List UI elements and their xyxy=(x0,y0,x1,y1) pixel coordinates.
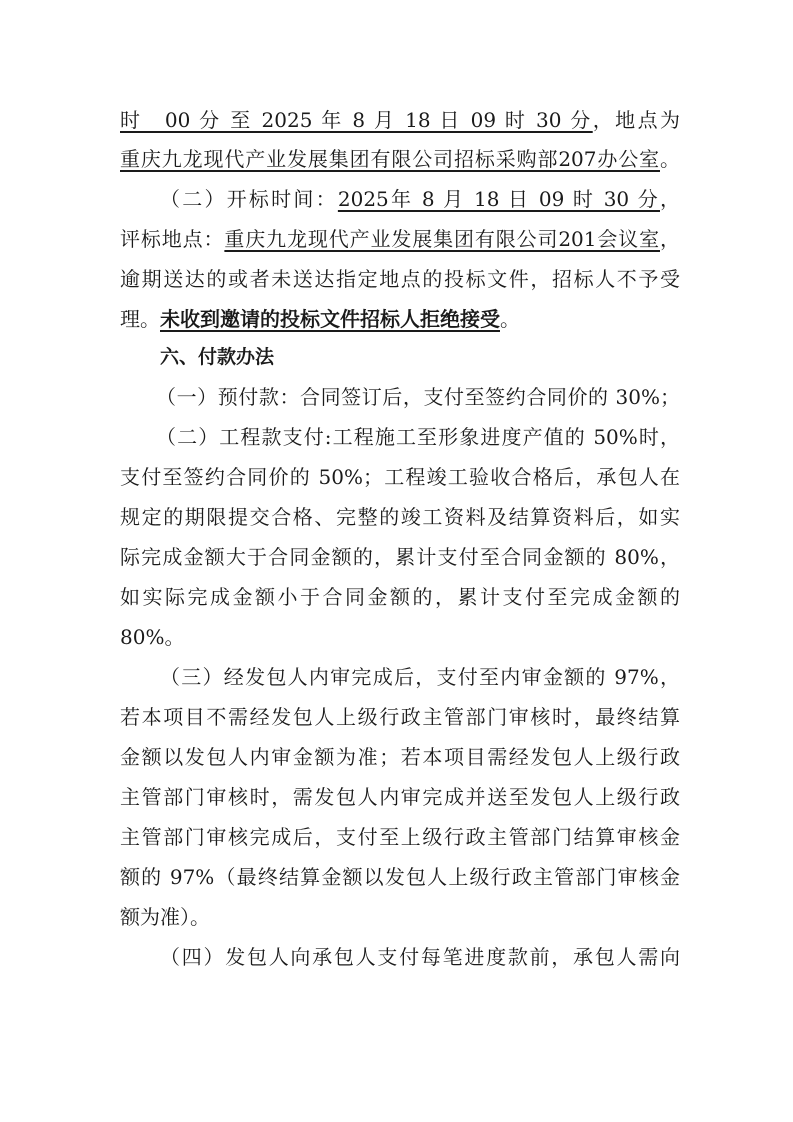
text-line: 80%。 xyxy=(120,622,680,652)
text-line: （四）发包人向承包人支付每笔进度款前，承包人需向 xyxy=(160,942,680,972)
text-line: 额为准）。 xyxy=(120,902,680,932)
text-line: 主管部门审核完成后，支付至上级行政主管部门结算审核金 xyxy=(120,822,680,852)
text-line: 重庆九龙现代产业发展集团有限公司招标采购部207办公室。 xyxy=(120,144,680,174)
text-line: （三）经发包人内审完成后，支付至内审金额的 97%， xyxy=(160,662,680,692)
bid-deadline-time: 时 00 分 至 2025 年 8 月 18 日 09 时 30 分 xyxy=(120,108,593,132)
text-line: 评标地点：重庆九龙现代产业发展集团有限公司201会议室， xyxy=(120,224,680,254)
text-line: 若本项目不需经发包人上级行政主管部门审核时，最终结算 xyxy=(120,702,680,732)
text-line: （一）预付款：合同签订后，支付至签约合同价的 30%； xyxy=(156,382,680,412)
bid-submission-location: 重庆九龙现代产业发展集团有限公司招标采购部207办公室 xyxy=(120,147,660,171)
bid-opening-time: 2025年 8 月 18 日 09 时 30 分 xyxy=(338,187,660,211)
text-line: （二）开标时间：2025年 8 月 18 日 09 时 30 分， xyxy=(160,184,680,214)
text-line: 支付至签约合同价的 50%；工程竣工验收合格后，承包人在 xyxy=(120,462,680,492)
text-line: 如实际完成金额小于合同金额的，累计支付至完成金额的 xyxy=(120,582,680,612)
text-line: 主管部门审核时，需发包人内审完成并送至发包人上级行政 xyxy=(120,782,680,812)
text-line: 逾期送达的或者未送达指定地点的投标文件，招标人不予受 xyxy=(120,264,680,294)
text-line: 额的 97%（最终结算金额以发包人上级行政主管部门审核金 xyxy=(120,862,680,892)
section-heading-payment: 六、付款办法 xyxy=(160,342,680,372)
text-line: 理。未收到邀请的投标文件招标人拒绝接受。 xyxy=(120,304,680,334)
evaluation-location: 重庆九龙现代产业发展集团有限公司201会议室 xyxy=(224,227,660,251)
text-line: 金额以发包人内审金额为准；若本项目需经发包人上级行政 xyxy=(120,742,680,772)
text-line: 际完成金额大于合同金额的，累计支付至合同金额的 80%， xyxy=(120,542,680,572)
rejection-notice: 未收到邀请的投标文件招标人拒绝接受 xyxy=(160,307,500,331)
document-page: 时 00 分 至 2025 年 8 月 18 日 09 时 30 分，地点为 重… xyxy=(0,0,793,1122)
text-line: 时 00 分 至 2025 年 8 月 18 日 09 时 30 分，地点为 xyxy=(120,105,680,135)
text-line: 规定的期限提交合格、完整的竣工资料及结算资料后，如实 xyxy=(120,502,680,532)
text-line: （二）工程款支付:工程施工至形象进度产值的 50%时， xyxy=(156,422,680,452)
